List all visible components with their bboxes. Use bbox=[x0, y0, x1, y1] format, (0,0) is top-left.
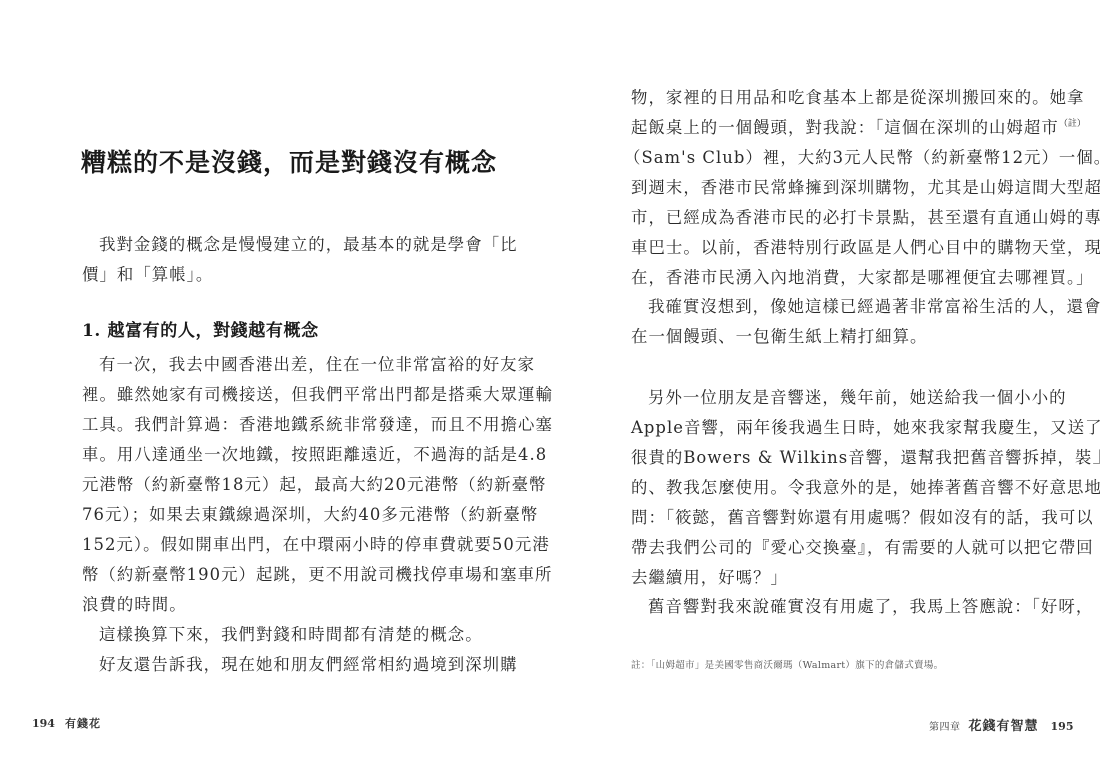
paragraph-line: 到週末，香港市民常蜂擁到深圳購物，尤其是山姆這間大型超 bbox=[631, 178, 1100, 198]
paragraph-line: 市，已經成為香港市民的必打卡景點，甚至還有直通山姆的專 bbox=[631, 208, 1100, 228]
paragraph-line: 物，家裡的日用品和吃食基本上都是從深圳搬回來的。她拿 bbox=[631, 88, 1084, 108]
paragraph-line: Apple音響，兩年後我過生日時，她來我家幫我慶生，又送了 bbox=[631, 418, 1100, 438]
paragraph-line: 在一個饅頭、一包衛生紙上精打細算。 bbox=[631, 327, 928, 347]
paragraph-line: 帶去我們公司的『愛心交換臺』，有需要的人就可以把它帶回 bbox=[631, 538, 1094, 558]
page-footer-left: 194有錢花 bbox=[32, 715, 101, 731]
paragraph-line: 另外一位朋友是音響迷，幾年前，她送給我一個小小的 bbox=[631, 388, 1067, 408]
paragraph-line: 車巴士。以前，香港特別行政區是人們心目中的購物天堂，現 bbox=[631, 238, 1100, 258]
running-chapter-number: 第四章 bbox=[929, 722, 961, 733]
paragraph-line: 浪費的時間。 bbox=[82, 595, 187, 615]
page-number: 195 bbox=[1051, 720, 1074, 733]
page-number: 194 bbox=[32, 717, 55, 730]
paragraph-line: 76元）；如果去東鐵線過深圳，大約40多元港幣（約新臺幣 bbox=[82, 505, 538, 525]
running-chapter-title: 花錢有智慧 bbox=[969, 719, 1039, 734]
paragraph-line: 我對金錢的概念是慢慢建立的，最基本的就是學會「比 bbox=[82, 235, 518, 255]
paragraph-line: 的、教我怎麼使用。令我意外的是，她捧著舊音響不好意思地 bbox=[631, 478, 1100, 498]
paragraph-line: 起飯桌上的一個饅頭，對我說：「這個在深圳的山姆超市（註） bbox=[631, 118, 1086, 138]
paragraph-line: 車。用八達通坐一次地鐵，按照距離遠近，不過海的話是4.8 bbox=[82, 445, 547, 465]
paragraph-line: （Sam's Club）裡，大約3元人民幣（約新臺幣12元）一個。每 bbox=[624, 148, 1100, 168]
paragraph-line: 幣（約新臺幣190元）起跳，更不用說司機找停車場和塞車所 bbox=[82, 565, 552, 585]
page-footer-right: 第四章花錢有智慧195 bbox=[929, 715, 1073, 734]
paragraph-line: 很貴的Bowers & Wilkins音響，還幫我把舊音響拆掉，裝上新 bbox=[631, 448, 1100, 468]
paragraph-line: 在，香港市民湧入內地消費，大家都是哪裡便宜去哪裡買。」 bbox=[631, 268, 1094, 288]
footnote: 註：「山姆超市」是美國零售商沃爾瑪（Walmart）旗下的倉儲式賣場。 bbox=[631, 657, 943, 671]
paragraph-line: 裡。雖然她家有司機接送，但我們平常出門都是搭乘大眾運輸 bbox=[82, 385, 553, 405]
paragraph-line: 有一次，我去中國香港出差，住在一位非常富裕的好友家 bbox=[82, 355, 535, 375]
paragraph-line: 這樣換算下來，我們對錢和時間都有清楚的概念。 bbox=[82, 625, 483, 645]
paragraph-line: 工具。我們計算過：香港地鐵系統非常發達，而且不用擔心塞 bbox=[82, 415, 553, 435]
right-page: 物，家裡的日用品和吃食基本上都是從深圳搬回來的。她拿 起飯桌上的一個饅頭，對我說… bbox=[550, 0, 1100, 780]
chapter-title: 糟糕的不是沒錢，而是對錢沒有概念 bbox=[81, 143, 497, 179]
paragraph-line: 舊音響對我來說確實沒有用處了，我馬上答應說：「好呀， bbox=[631, 597, 1093, 617]
paragraph-line: 好友還告訴我，現在她和朋友們經常相約過境到深圳購 bbox=[82, 655, 518, 675]
paragraph-line: 152元）。假如開車出門，在中環兩小時的停車費就要50元港 bbox=[82, 535, 550, 555]
section-heading: 1. 越富有的人，對錢越有概念 bbox=[82, 316, 319, 341]
left-page: 糟糕的不是沒錢，而是對錢沒有概念 我對金錢的概念是慢慢建立的，最基本的就是學會「… bbox=[0, 0, 550, 780]
paragraph-line: 價」和「算帳」。 bbox=[82, 265, 213, 285]
paragraph-line: 去繼續用，好嗎？」 bbox=[631, 568, 788, 588]
paragraph-line: 元港幣（約新臺幣18元）起，最高大約20元港幣（約新臺幣 bbox=[82, 475, 547, 495]
paragraph-line: 問：「筱懿，舊音響對妳還有用處嗎？假如沒有的話，我可以 bbox=[631, 508, 1094, 528]
running-book-title: 有錢花 bbox=[65, 717, 101, 730]
footnote-marker: （註） bbox=[1059, 119, 1086, 129]
paragraph-line: 我確實沒想到，像她這樣已經過著非常富裕生活的人，還會 bbox=[631, 297, 1100, 317]
line-text: 起飯桌上的一個饅頭，對我說：「這個在深圳的山姆超市 bbox=[631, 118, 1059, 137]
